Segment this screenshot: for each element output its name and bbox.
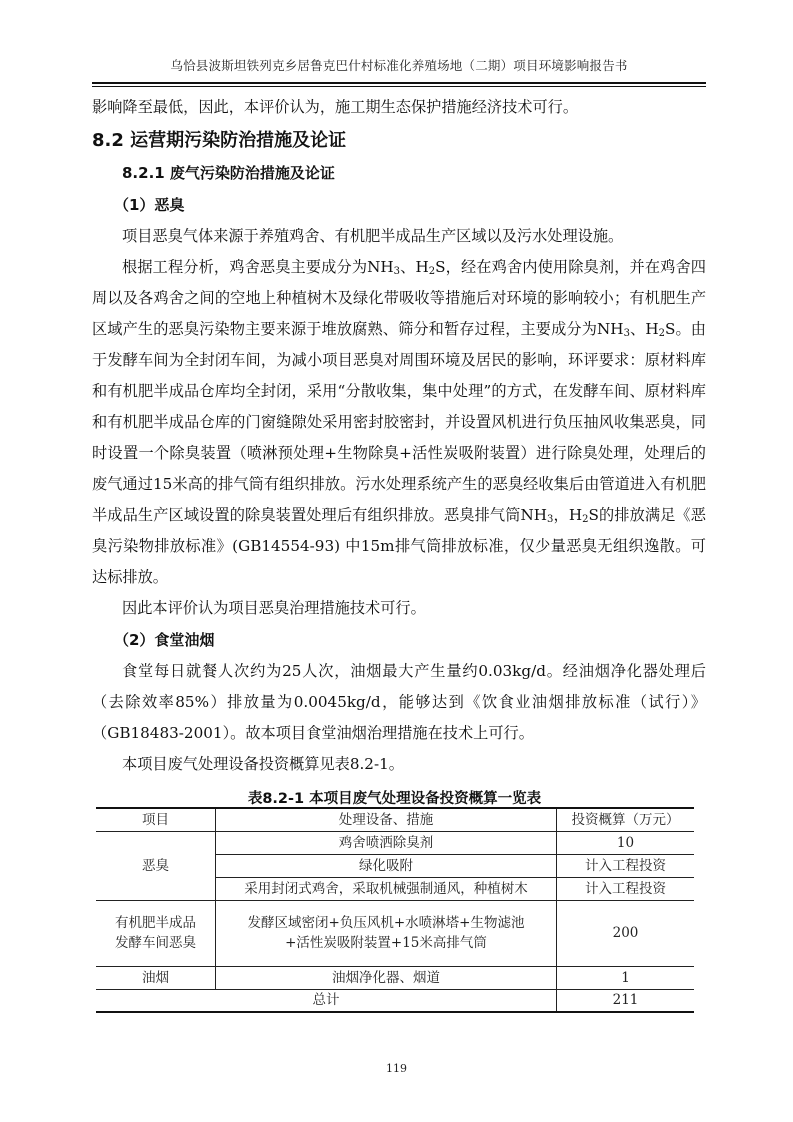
header-rule-thin [92, 86, 706, 87]
paragraph-continuation: 影响降至最低，因此，本评价认为，施工期生态保护措施经济技术可行。 [92, 92, 706, 123]
investment-table: 项目 处理设备、措施 投资概算（万元） 恶臭 鸡舍喷洒除臭剂 10 绿化吸附 计… [96, 807, 694, 1013]
cell-measure: 鸡舍喷洒除臭剂 [216, 831, 557, 854]
column-header-cost: 投资概算（万元） [557, 808, 695, 831]
table-total-row: 总计 211 [96, 989, 694, 1012]
paragraph-table-reference: 本项目废气处理设备投资概算见表8.2-1。 [92, 749, 706, 780]
text-fragment: S。由于发酵车间为全封闭车间，为减小项目恶臭对周围环境及居民的影响，环评要求：原… [92, 320, 706, 524]
text-fragment: 、H [400, 258, 429, 276]
page-content: 影响降至最低，因此，本评价认为，施工期生态保护措施经济技术可行。 8.2 运营期… [92, 92, 706, 780]
paragraph-odor-source: 项目恶臭气体来源于养殖鸡舍、有机肥半成品生产区域以及污水处理设施。 [92, 221, 706, 252]
text-fragment: 根据工程分析，鸡舍恶臭主要成分为NH [122, 258, 394, 276]
cell-item: 油烟 [96, 966, 216, 989]
cell-item: 恶臭 [96, 831, 216, 900]
table-row: 有机肥半成品发酵车间恶臭 发酵区域密闭+负压风机+水喷淋塔+生物滤池+活性炭吸附… [96, 900, 694, 966]
section-heading-8-2: 8.2 运营期污染防治措施及论证 [92, 125, 706, 157]
page-number: 119 [0, 1062, 793, 1075]
paragraph-odor-analysis: 根据工程分析，鸡舍恶臭主要成分为NH3、H2S，经在鸡舍内使用除臭剂，并在鸡舍四… [92, 252, 706, 593]
cell-cost: 200 [557, 900, 695, 966]
cell-total-label: 总计 [96, 989, 557, 1012]
text-fragment: 、H [630, 320, 659, 338]
cell-cost: 计入工程投资 [557, 854, 695, 877]
subheading-odor: （1）恶臭 [92, 189, 706, 221]
table-header-row: 项目 处理设备、措施 投资概算（万元） [96, 808, 694, 831]
table-caption: 表8.2-1 本项目废气处理设备投资概算一览表 [96, 787, 693, 808]
text-fragment: ，H [553, 506, 582, 524]
column-header-measure: 处理设备、措施 [216, 808, 557, 831]
header-double-rule [92, 82, 706, 88]
table-row: 恶臭 鸡舍喷洒除臭剂 10 [96, 831, 694, 854]
cell-measure: 绿化吸附 [216, 854, 557, 877]
paragraph-odor-conclusion: 因此本评价认为项目恶臭治理措施技术可行。 [92, 593, 706, 624]
cell-measure: 发酵区域密闭+负压风机+水喷淋塔+生物滤池+活性炭吸附装置+15米高排气筒 [216, 900, 557, 966]
subheading-cooking-fumes: （2）食堂油烟 [92, 624, 706, 656]
cell-cost: 1 [557, 966, 695, 989]
section-heading-8-2-1: 8.2.1 废气污染防治措施及论证 [92, 157, 706, 189]
cell-cost: 10 [557, 831, 695, 854]
running-header: 乌恰县波斯坦铁列克乡居鲁克巴什村标准化养殖场地（二期）项目环境影响报告书 [92, 56, 706, 74]
column-header-item: 项目 [96, 808, 216, 831]
header-rule-thick [92, 82, 706, 84]
paragraph-cooking-fumes: 食堂每日就餐人次约为25人次，油烟最大产生量约0.03kg/d。经油烟净化器处理… [92, 656, 706, 749]
cell-item: 有机肥半成品发酵车间恶臭 [96, 900, 216, 966]
cell-measure: 油烟净化器、烟道 [216, 966, 557, 989]
table-row: 油烟 油烟净化器、烟道 1 [96, 966, 694, 989]
cell-measure: 采用封闭式鸡舍，采取机械强制通风，种植树木 [216, 877, 557, 900]
cell-cost: 计入工程投资 [557, 877, 695, 900]
cell-total-value: 211 [557, 989, 695, 1012]
